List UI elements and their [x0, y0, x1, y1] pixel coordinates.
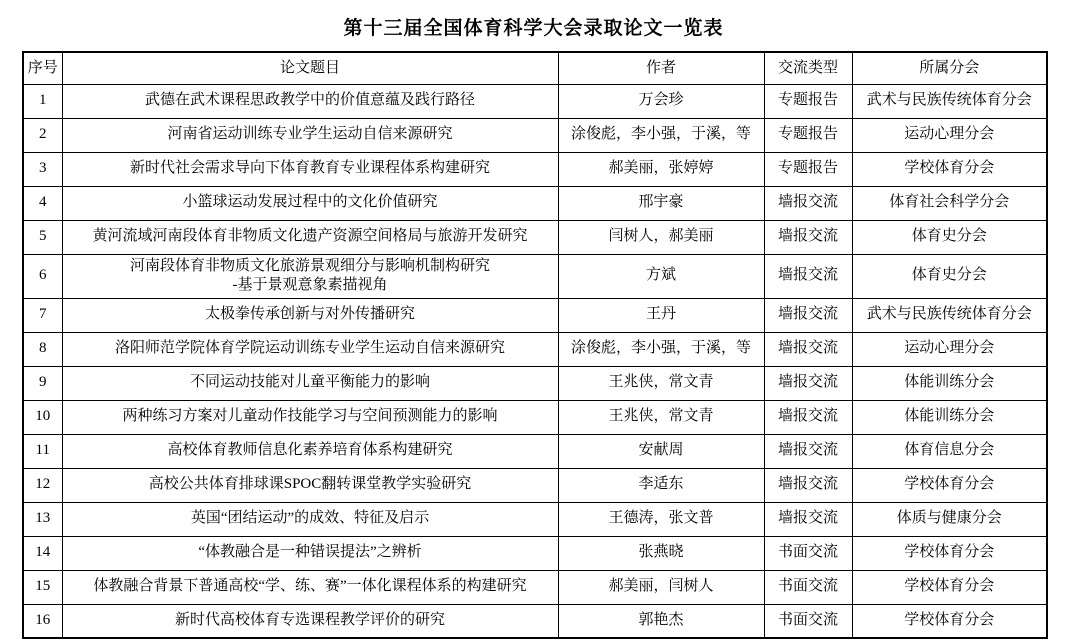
- header-type: 交流类型: [764, 52, 852, 84]
- row-number-cell: 12: [23, 468, 62, 502]
- branch-cell: 武术与民族传统体育分会: [852, 84, 1047, 118]
- paper-title-cell: 太极拳传承创新与对外传播研究: [62, 298, 558, 332]
- document-page: 第十三届全国体育科学大会录取论文一览表 序号 论文题目 作者 交流类型 所属分会…: [0, 0, 1067, 642]
- row-number-cell: 13: [23, 502, 62, 536]
- paper-title-cell: 小篮球运动发展过程中的文化价值研究: [62, 186, 558, 220]
- paper-authors-cell: 闫树人，郝美丽: [558, 220, 764, 254]
- exchange-type-cell: 专题报告: [764, 152, 852, 186]
- paper-title-cell: 两种练习方案对儿童动作技能学习与空间预测能力的影响: [62, 400, 558, 434]
- branch-cell: 体能训练分会: [852, 366, 1047, 400]
- paper-authors-cell: 郝美丽，闫树人: [558, 570, 764, 604]
- row-number-cell: 8: [23, 332, 62, 366]
- paper-title-cell: 英国“团结运动”的成效、特征及启示: [62, 502, 558, 536]
- page-title: 第十三届全国体育科学大会录取论文一览表: [0, 0, 1067, 51]
- branch-cell: 学校体育分会: [852, 570, 1047, 604]
- table-row: 5 黄河流域河南段体育非物质文化遗产资源空间格局与旅游开发研究 闫树人，郝美丽 …: [23, 220, 1047, 254]
- exchange-type-cell: 书面交流: [764, 536, 852, 570]
- row-number-cell: 3: [23, 152, 62, 186]
- header-title: 论文题目: [62, 52, 558, 84]
- paper-authors-cell: 涂俊彪，李小强，于溪，等: [558, 332, 764, 366]
- branch-cell: 体育社会科学分会: [852, 186, 1047, 220]
- paper-authors-cell: 万会珍: [558, 84, 764, 118]
- table-row: 8 洛阳师范学院体育学院运动训练专业学生运动自信来源研究 涂俊彪，李小强，于溪，…: [23, 332, 1047, 366]
- branch-cell: 运动心理分会: [852, 332, 1047, 366]
- paper-title-cell: 新时代社会需求导向下体育教育专业课程体系构建研究: [62, 152, 558, 186]
- row-number-cell: 7: [23, 298, 62, 332]
- branch-cell: 学校体育分会: [852, 468, 1047, 502]
- exchange-type-cell: 书面交流: [764, 570, 852, 604]
- row-number-cell: 11: [23, 434, 62, 468]
- table-row: 9 不同运动技能对儿童平衡能力的影响 王兆侠，常文青 墙报交流 体能训练分会: [23, 366, 1047, 400]
- row-number-cell: 2: [23, 118, 62, 152]
- table-row: 14 “体教融合是一种错误提法”之辨析 张燕晓 书面交流 学校体育分会: [23, 536, 1047, 570]
- exchange-type-cell: 书面交流: [764, 604, 852, 638]
- paper-authors-cell: 郝美丽，张婷婷: [558, 152, 764, 186]
- row-number-cell: 4: [23, 186, 62, 220]
- accepted-papers-table: 序号 论文题目 作者 交流类型 所属分会 1 武德在武术课程思政教学中的价值意蕴…: [22, 51, 1048, 639]
- paper-title-cell: 高校体育教师信息化素养培育体系构建研究: [62, 434, 558, 468]
- table-row: 12 高校公共体育排球课SPOC翻转课堂教学实验研究 李适东 墙报交流 学校体育…: [23, 468, 1047, 502]
- row-number-cell: 16: [23, 604, 62, 638]
- row-number-cell: 1: [23, 84, 62, 118]
- row-number-cell: 5: [23, 220, 62, 254]
- paper-authors-cell: 涂俊彪，李小强，于溪，等: [558, 118, 764, 152]
- exchange-type-cell: 墙报交流: [764, 434, 852, 468]
- paper-authors-cell: 邢宇豪: [558, 186, 764, 220]
- row-number-cell: 10: [23, 400, 62, 434]
- paper-title-cell: 河南段体育非物质文化旅游景观细分与影响机制构研究 -基于景观意象素描视角: [62, 254, 558, 298]
- paper-table-body: 1 武德在武术课程思政教学中的价值意蕴及践行路径 万会珍 专题报告 武术与民族传…: [23, 84, 1047, 638]
- paper-title-cell: 体教融合背景下普通高校“学、练、赛”一体化课程体系的构建研究: [62, 570, 558, 604]
- row-number-cell: 9: [23, 366, 62, 400]
- paper-authors-cell: 王兆侠，常文青: [558, 400, 764, 434]
- paper-authors-cell: 李适东: [558, 468, 764, 502]
- paper-authors-cell: 张燕晓: [558, 536, 764, 570]
- paper-title-cell: 高校公共体育排球课SPOC翻转课堂教学实验研究: [62, 468, 558, 502]
- branch-cell: 学校体育分会: [852, 604, 1047, 638]
- exchange-type-cell: 墙报交流: [764, 502, 852, 536]
- table-row: 3 新时代社会需求导向下体育教育专业课程体系构建研究 郝美丽，张婷婷 专题报告 …: [23, 152, 1047, 186]
- branch-cell: 体质与健康分会: [852, 502, 1047, 536]
- exchange-type-cell: 墙报交流: [764, 298, 852, 332]
- paper-title-cell: 河南省运动训练专业学生运动自信来源研究: [62, 118, 558, 152]
- table-row: 2 河南省运动训练专业学生运动自信来源研究 涂俊彪，李小强，于溪，等 专题报告 …: [23, 118, 1047, 152]
- exchange-type-cell: 墙报交流: [764, 254, 852, 298]
- paper-authors-cell: 方斌: [558, 254, 764, 298]
- table-row: 7 太极拳传承创新与对外传播研究 王丹 墙报交流 武术与民族传统体育分会: [23, 298, 1047, 332]
- branch-cell: 体育史分会: [852, 220, 1047, 254]
- header-no: 序号: [23, 52, 62, 84]
- paper-title-cell: “体教融合是一种错误提法”之辨析: [62, 536, 558, 570]
- table-row: 10 两种练习方案对儿童动作技能学习与空间预测能力的影响 王兆侠，常文青 墙报交…: [23, 400, 1047, 434]
- header-authors: 作者: [558, 52, 764, 84]
- exchange-type-cell: 专题报告: [764, 118, 852, 152]
- paper-authors-cell: 王兆侠，常文青: [558, 366, 764, 400]
- header-branch: 所属分会: [852, 52, 1047, 84]
- branch-cell: 体育信息分会: [852, 434, 1047, 468]
- branch-cell: 体育史分会: [852, 254, 1047, 298]
- exchange-type-cell: 墙报交流: [764, 186, 852, 220]
- exchange-type-cell: 墙报交流: [764, 366, 852, 400]
- row-number-cell: 15: [23, 570, 62, 604]
- exchange-type-cell: 墙报交流: [764, 468, 852, 502]
- paper-title-cell: 新时代高校体育专选课程教学评价的研究: [62, 604, 558, 638]
- branch-cell: 体能训练分会: [852, 400, 1047, 434]
- table-row: 11 高校体育教师信息化素养培育体系构建研究 安献周 墙报交流 体育信息分会: [23, 434, 1047, 468]
- branch-cell: 武术与民族传统体育分会: [852, 298, 1047, 332]
- branch-cell: 运动心理分会: [852, 118, 1047, 152]
- paper-authors-cell: 王德涛，张文普: [558, 502, 764, 536]
- table-header: 序号 论文题目 作者 交流类型 所属分会: [23, 52, 1047, 84]
- exchange-type-cell: 专题报告: [764, 84, 852, 118]
- paper-authors-cell: 王丹: [558, 298, 764, 332]
- table-row: 1 武德在武术课程思政教学中的价值意蕴及践行路径 万会珍 专题报告 武术与民族传…: [23, 84, 1047, 118]
- table-row: 6 河南段体育非物质文化旅游景观细分与影响机制构研究 -基于景观意象素描视角 方…: [23, 254, 1047, 298]
- table-row: 4 小篮球运动发展过程中的文化价值研究 邢宇豪 墙报交流 体育社会科学分会: [23, 186, 1047, 220]
- exchange-type-cell: 墙报交流: [764, 220, 852, 254]
- paper-authors-cell: 郭艳杰: [558, 604, 764, 638]
- table-row: 15 体教融合背景下普通高校“学、练、赛”一体化课程体系的构建研究 郝美丽，闫树…: [23, 570, 1047, 604]
- table-row: 16 新时代高校体育专选课程教学评价的研究 郭艳杰 书面交流 学校体育分会: [23, 604, 1047, 638]
- paper-title-cell: 武德在武术课程思政教学中的价值意蕴及践行路径: [62, 84, 558, 118]
- row-number-cell: 14: [23, 536, 62, 570]
- row-number-cell: 6: [23, 254, 62, 298]
- header-row: 序号 论文题目 作者 交流类型 所属分会: [23, 52, 1047, 84]
- paper-title-cell: 洛阳师范学院体育学院运动训练专业学生运动自信来源研究: [62, 332, 558, 366]
- branch-cell: 学校体育分会: [852, 536, 1047, 570]
- paper-title-cell: 不同运动技能对儿童平衡能力的影响: [62, 366, 558, 400]
- table-row: 13 英国“团结运动”的成效、特征及启示 王德涛，张文普 墙报交流 体质与健康分…: [23, 502, 1047, 536]
- paper-authors-cell: 安献周: [558, 434, 764, 468]
- branch-cell: 学校体育分会: [852, 152, 1047, 186]
- paper-title-cell: 黄河流域河南段体育非物质文化遗产资源空间格局与旅游开发研究: [62, 220, 558, 254]
- exchange-type-cell: 墙报交流: [764, 332, 852, 366]
- exchange-type-cell: 墙报交流: [764, 400, 852, 434]
